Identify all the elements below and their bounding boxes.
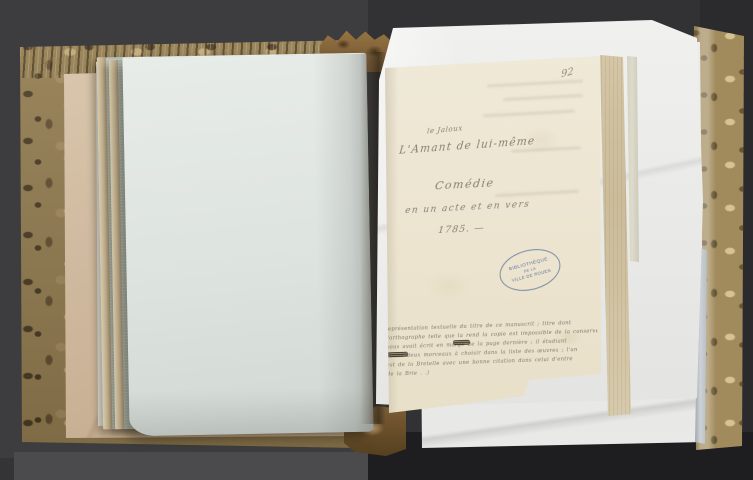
folio-number: 92 <box>561 66 573 80</box>
manuscript-title-leaf: 92 le Jaloux L'Amant de lui-même Comédie… <box>383 52 602 418</box>
struck-out-word <box>453 340 470 346</box>
backdrop-table-bottom-left <box>14 452 368 480</box>
handwritten-note-paragraph: représentation textuelle du titre de ce … <box>385 318 599 379</box>
handwritten-genre: Comédie <box>434 176 495 192</box>
ink-bleed-ghost <box>483 110 575 118</box>
ink-bleed-ghost <box>487 79 583 87</box>
handwritten-subtitle: en un acte et en vers <box>404 200 530 217</box>
struck-out-word <box>387 352 408 358</box>
library-oval-stamp: BIBLIOTHÈQUE DE LA VILLE DE ROUEN <box>495 243 565 298</box>
left-blank-verso-page <box>122 53 373 437</box>
handwritten-interlined-title: le Jaloux <box>427 124 463 135</box>
photograph-open-manuscript-volume: 92 le Jaloux L'Amant de lui-même Comédie… <box>0 0 753 480</box>
handwritten-main-title: L'Amant de lui-même <box>399 135 536 157</box>
ink-bleed-ghost <box>503 94 583 101</box>
ink-bleed-ghost <box>495 190 579 197</box>
handwritten-date: 1785. — <box>437 223 485 237</box>
